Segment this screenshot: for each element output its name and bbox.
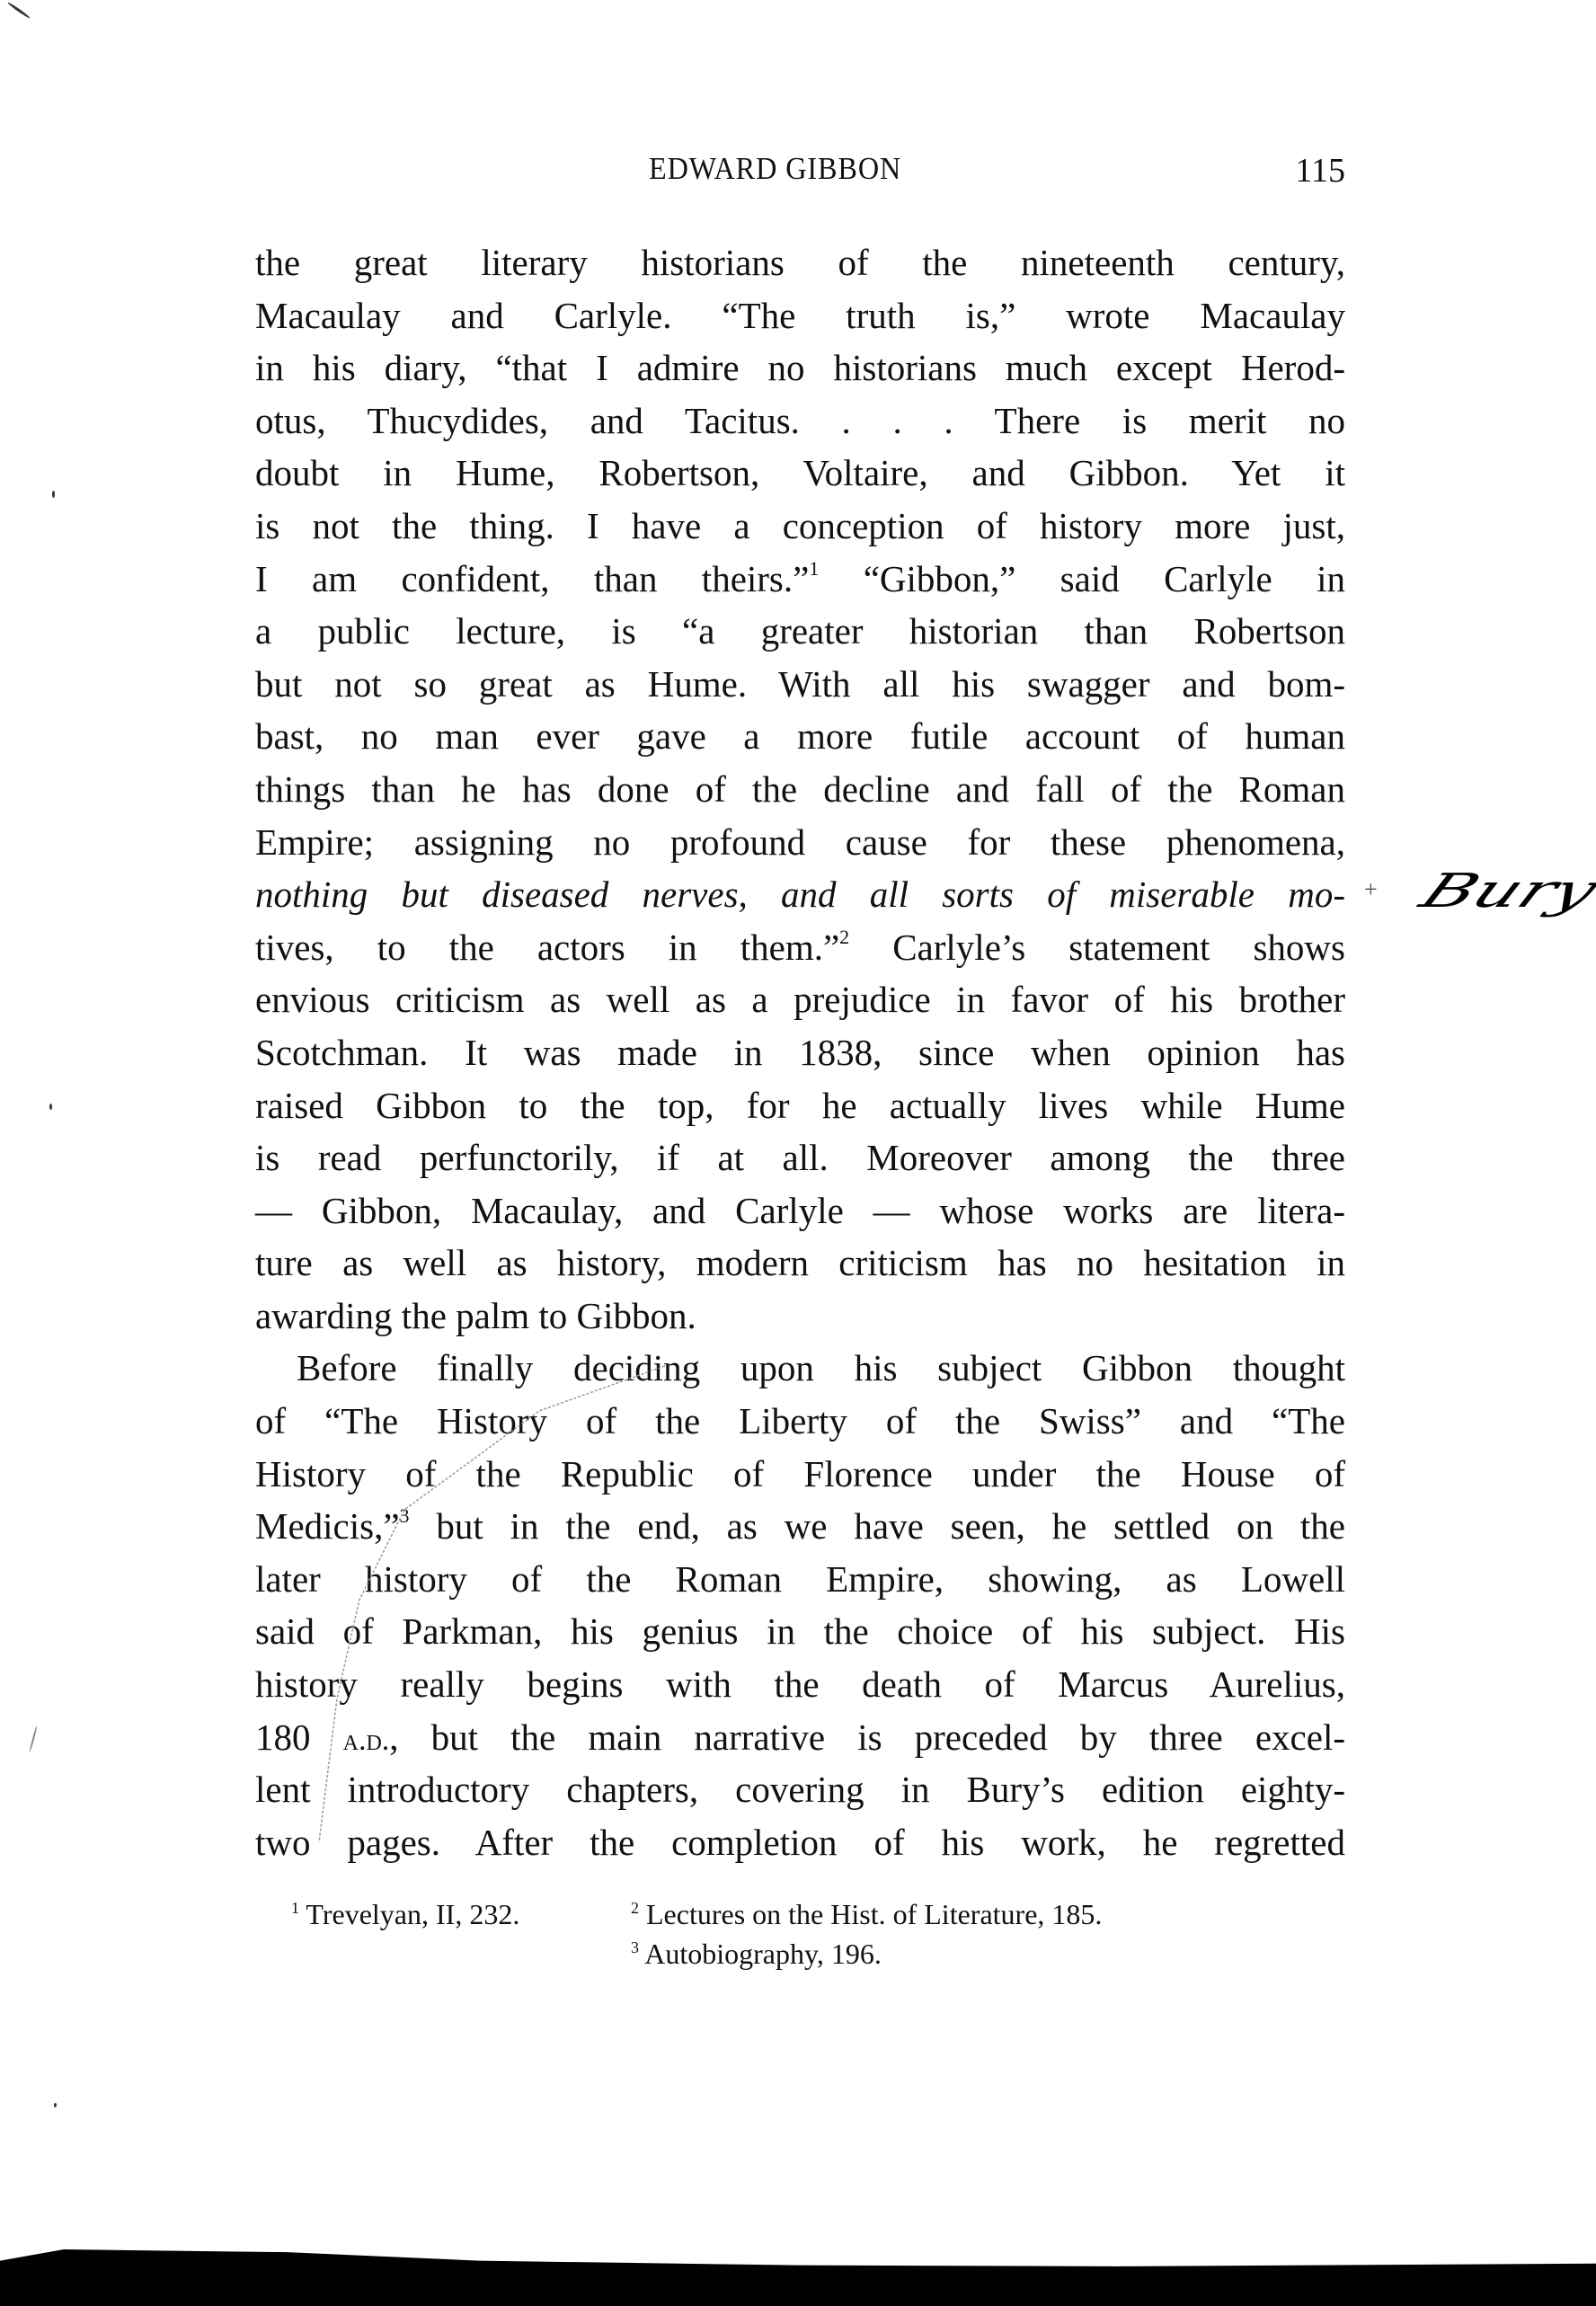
text-line-italic: nothing but diseased nerves, and all sor… bbox=[255, 868, 1345, 921]
footnote-ref-2: 2 bbox=[839, 926, 849, 948]
text-line: said of Parkman, his genius in the choic… bbox=[255, 1605, 1345, 1658]
text-line: a public lecture, is “a greater historia… bbox=[255, 605, 1345, 658]
text-line: Scotchman. It was made in 1838, since wh… bbox=[255, 1026, 1345, 1079]
scan-artifact bbox=[29, 1725, 38, 1752]
text-line: is not the thing. I have a conception of… bbox=[255, 500, 1345, 553]
body-text: the great literary historians of the nin… bbox=[255, 236, 1345, 1868]
footnote-row: 3 Autobiography, 196. bbox=[255, 1934, 1345, 1973]
text-line: in his diary, “that I admire no historia… bbox=[255, 341, 1345, 395]
text-line: things than he has done of the decline a… bbox=[255, 763, 1345, 816]
scan-artifact bbox=[49, 1104, 52, 1110]
text-line: ture as well as history, modern criticis… bbox=[255, 1237, 1345, 1290]
text-line: I am confident, than theirs.”1 “Gibbon,”… bbox=[255, 553, 1345, 606]
footnote-2: 2 Lectures on the Hist. of Literature, 1… bbox=[631, 1894, 1102, 1934]
paragraph-start-line: Before finally deciding upon his subject… bbox=[255, 1342, 1345, 1395]
footnote-1: 1 Trevelyan, II, 232. bbox=[291, 1894, 519, 1934]
page-number: 115 bbox=[1295, 151, 1345, 191]
scan-artifact bbox=[54, 2103, 57, 2107]
paragraph-end-line: awarding the palm to Gibbon. bbox=[255, 1290, 1345, 1343]
text-line: lent introductory chapters, covering in … bbox=[255, 1763, 1345, 1816]
text-line: of “The History of the Liberty of the Sw… bbox=[255, 1395, 1345, 1448]
scan-artifact bbox=[7, 2, 31, 20]
text-line: doubt in Hume, Robertson, Voltaire, and … bbox=[255, 447, 1345, 500]
footnotes: 1 Trevelyan, II, 232. 2 Lectures on the … bbox=[255, 1894, 1345, 1973]
text-line: later history of the Roman Empire, showi… bbox=[255, 1553, 1345, 1606]
text-line: Medicis,”3 but in the end, as we have se… bbox=[255, 1500, 1345, 1553]
text-line: — Gibbon, Macaulay, and Carlyle — whose … bbox=[255, 1184, 1345, 1237]
text-line: is read perfunctorily, if at all. Moreov… bbox=[255, 1131, 1345, 1184]
book-page: EDWARD GIBBON 115 the great literary his… bbox=[0, 0, 1596, 2306]
footnote-ref-3: 3 bbox=[400, 1504, 410, 1527]
text-line: 180 a.d., but the main narrative is prec… bbox=[255, 1711, 1345, 1764]
footnote-row: 1 Trevelyan, II, 232. 2 Lectures on the … bbox=[255, 1894, 1345, 1934]
text-line: but not so great as Hume. With all his s… bbox=[255, 658, 1345, 711]
footnote-3: 3 Autobiography, 196. bbox=[631, 1934, 882, 1973]
text-line: bast, no man ever gave a more futile acc… bbox=[255, 710, 1345, 763]
text-line: envious criticism as well as a prejudice… bbox=[255, 973, 1345, 1026]
text-line: tives, to the actors in them.”2 Carlyle’… bbox=[255, 921, 1345, 974]
text-line: History of the Republic of Florence unde… bbox=[255, 1448, 1345, 1501]
scan-artifact bbox=[52, 491, 55, 498]
footnote-ref-1: 1 bbox=[809, 557, 819, 580]
running-head-title: EDWARD GIBBON bbox=[649, 151, 901, 187]
running-head: EDWARD GIBBON 115 bbox=[255, 151, 1345, 196]
text-line: otus, Thucydides, and Tacitus. . . . The… bbox=[255, 395, 1345, 448]
text-line: Empire; assigning no profound cause for … bbox=[255, 816, 1345, 869]
margin-mark: + bbox=[1364, 876, 1378, 903]
scan-bottom-edge bbox=[0, 2249, 1596, 2306]
text-line: raised Gibbon to the top, for he actuall… bbox=[255, 1079, 1345, 1132]
text-line: history really begins with the death of … bbox=[255, 1658, 1345, 1711]
margin-handwriting: Bury bbox=[1411, 865, 1596, 918]
text-line: Macaulay and Carlyle. “The truth is,” wr… bbox=[255, 289, 1345, 342]
text-line: the great literary historians of the nin… bbox=[255, 236, 1345, 289]
text-line: two pages. After the completion of his w… bbox=[255, 1816, 1345, 1869]
